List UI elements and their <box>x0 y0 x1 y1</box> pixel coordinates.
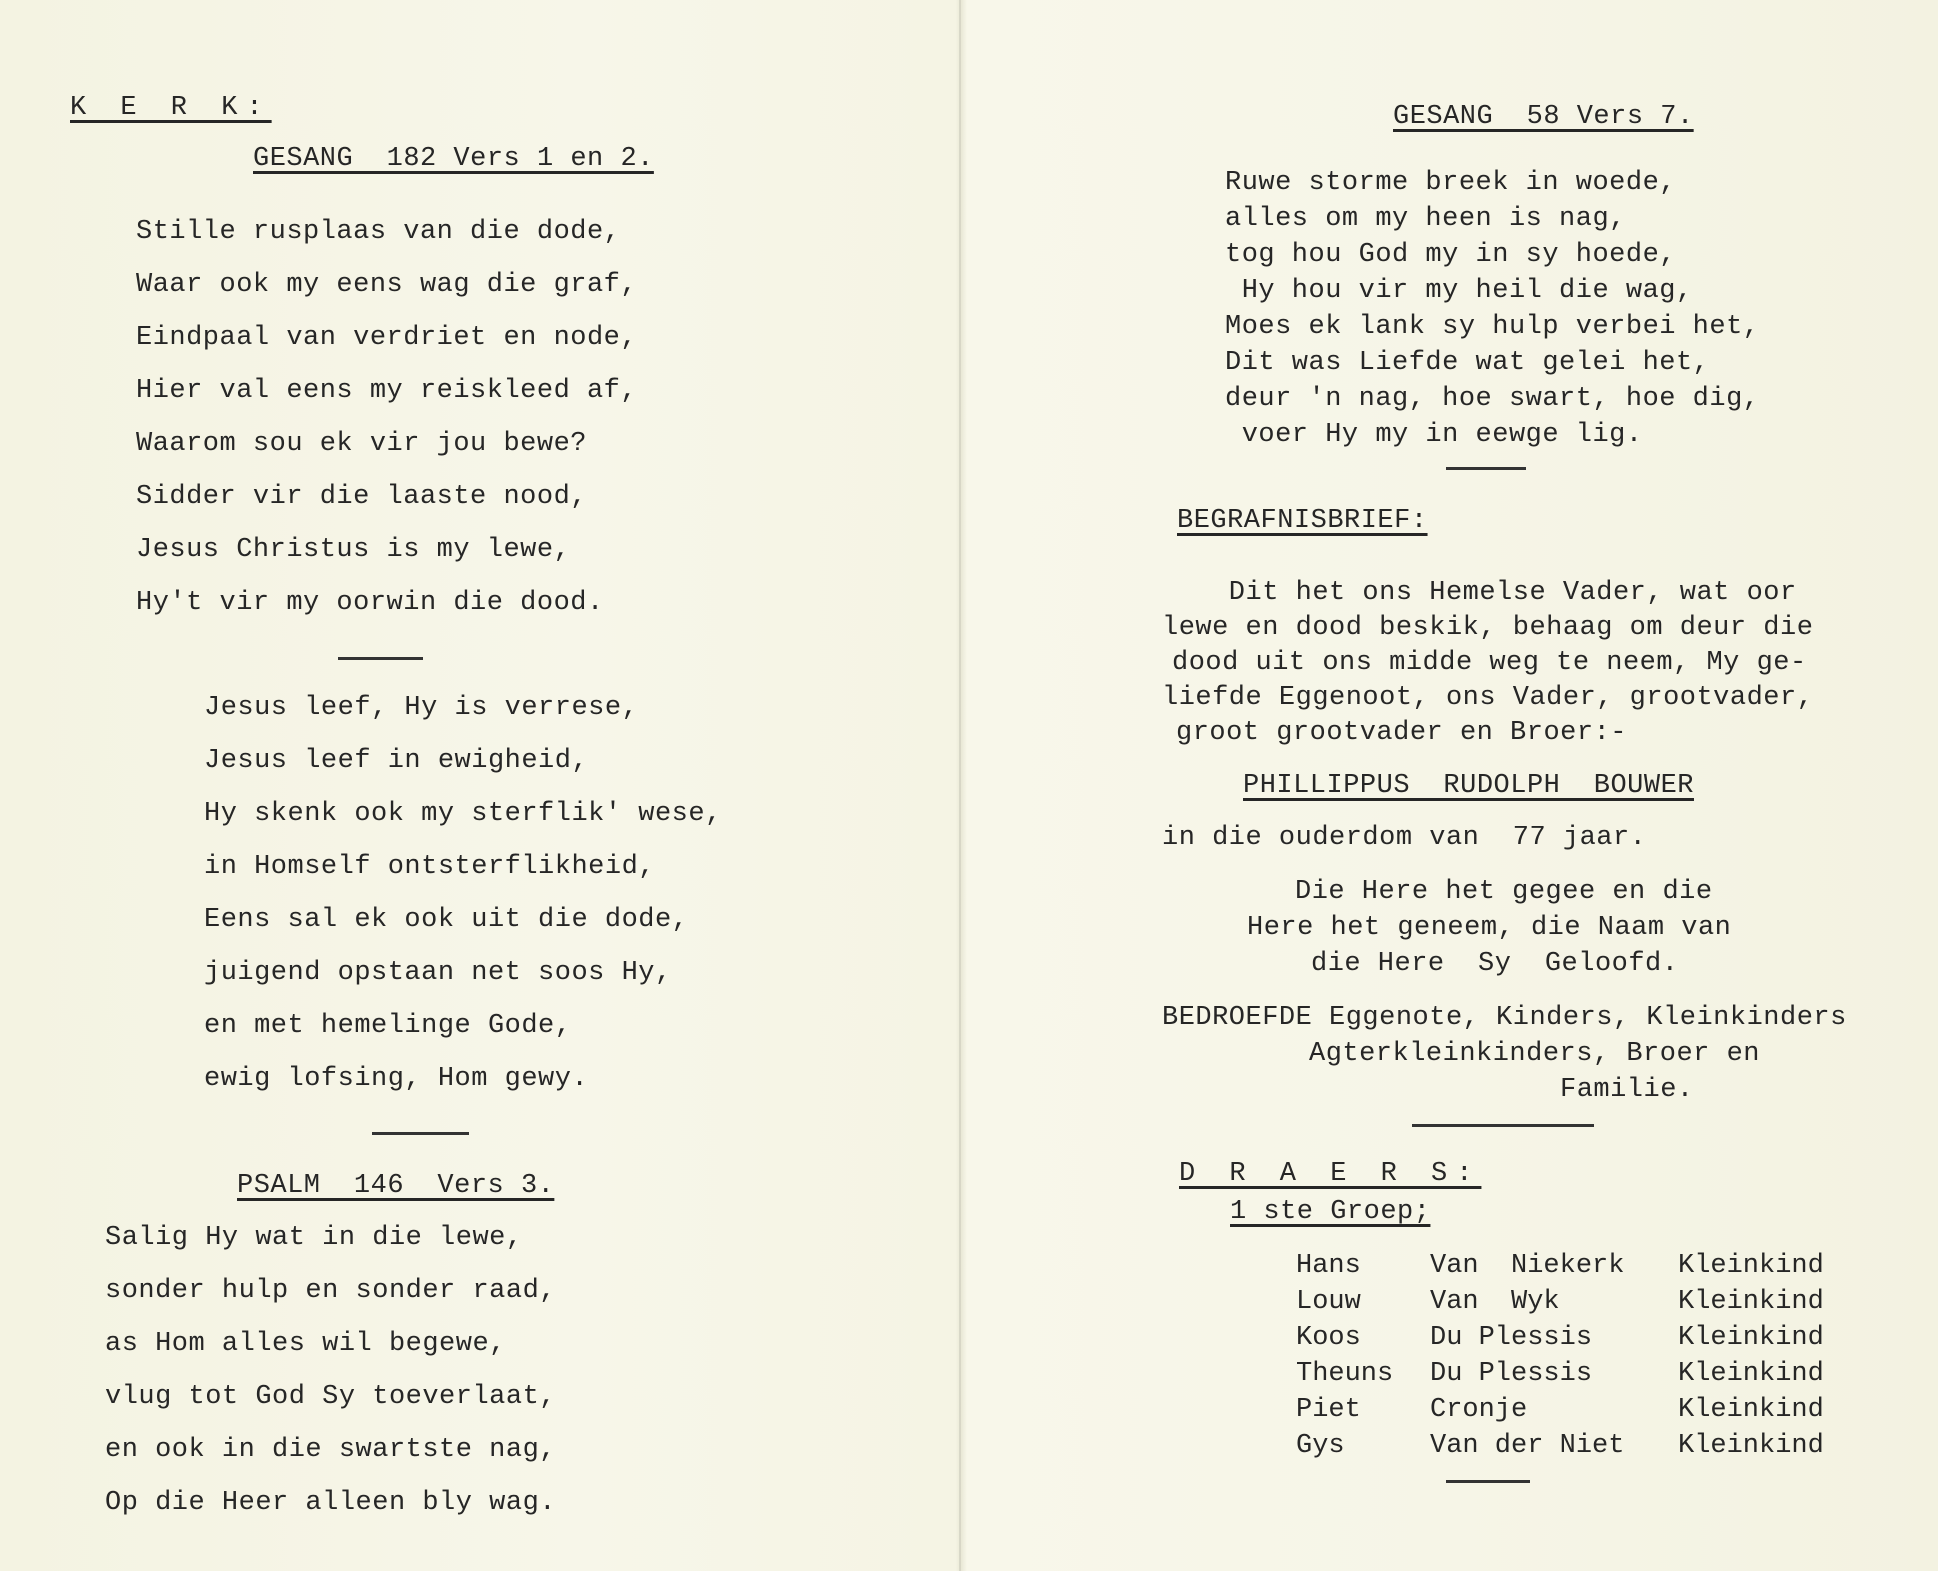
bearer-relation: Kleinkind <box>1678 1358 1824 1390</box>
letter-line: groot grootvader en Broer:- <box>1176 717 1627 749</box>
bearer-last-name: Du Plessis <box>1430 1358 1592 1390</box>
verse-line: Sidder vir die laaste nood, <box>136 481 587 513</box>
verse-line: Hy hou vir my heil die wag, <box>1225 275 1693 307</box>
verse-line: juigend opstaan net soos Hy, <box>204 957 672 989</box>
verse-line: Op die Heer alleen bly wag. <box>105 1487 556 1519</box>
verse-line: Die Here het gegee en die <box>1295 876 1713 908</box>
verse-line: deur 'n nag, hoe swart, hoe dig, <box>1225 383 1759 415</box>
verse-line: Waarom sou ek vir jou bewe? <box>136 428 587 460</box>
letter-line: Dit het ons Hemelse Vader, wat oor <box>1162 577 1797 609</box>
verse-line: en ook in die swartste nag, <box>105 1434 556 1466</box>
hymn1-title: GESANG 182 Vers 1 en 2. <box>253 143 654 175</box>
verse-line: Dit was Liefde wat gelei het, <box>1225 347 1709 379</box>
verse-line: Here het geneem, die Naam van <box>1247 912 1731 944</box>
age-line: in die ouderdom van 77 jaar. <box>1162 822 1646 854</box>
verse-line: Eindpaal van verdriet en node, <box>136 322 637 354</box>
verse-line: alles om my heen is nag, <box>1225 203 1626 235</box>
bearer-relation: Kleinkind <box>1678 1322 1824 1354</box>
deceased-name: PHILLIPPUS RUDOLPH BOUWER <box>1243 770 1694 802</box>
mourners-line: BEDROEFDE Eggenote, Kinders, Kleinkinder… <box>1162 1002 1847 1034</box>
divider <box>372 1132 469 1135</box>
bearer-relation: Kleinkind <box>1678 1286 1824 1318</box>
bearers-group: 1 ste Groep; <box>1230 1196 1430 1228</box>
verse-line: tog hou God my in sy hoede, <box>1225 239 1676 271</box>
section-label-kerk: K E R K: <box>70 92 272 124</box>
bearer-last-name: Du Plessis <box>1430 1322 1592 1354</box>
letter-line: lewe en dood beskik, behaag om deur die <box>1162 612 1813 644</box>
bearer-last-name: Van Niekerk <box>1430 1250 1624 1282</box>
psalm-title: PSALM 146 Vers 3. <box>237 1170 554 1202</box>
verse-line: ewig lofsing, Hom gewy. <box>204 1063 588 1095</box>
verse-line: as Hom alles wil begewe, <box>105 1328 506 1360</box>
verse-line: Hy skenk ook my sterflik' wese, <box>204 798 722 830</box>
letter-line: liefde Eggenoot, ons Vader, grootvader, <box>1162 682 1813 714</box>
hymn2-title: GESANG 58 Vers 7. <box>1393 101 1694 133</box>
verse-line: Hier val eens my reiskleed af, <box>136 375 637 407</box>
bearer-relation: Kleinkind <box>1678 1394 1824 1426</box>
verse-line: Eens sal ek ook uit die dode, <box>204 904 688 936</box>
verse-line: en met hemelinge Gode, <box>204 1010 571 1042</box>
verse-line: Ruwe storme breek in woede, <box>1225 167 1676 199</box>
verse-line: voer Hy my in eewge lig. <box>1225 419 1643 451</box>
verse-line: Hy't vir my oorwin die dood. <box>136 587 604 619</box>
bearer-first-name: Gys <box>1296 1430 1345 1462</box>
bearer-relation: Kleinkind <box>1678 1250 1824 1282</box>
verse-line: die Here Sy Geloofd. <box>1311 948 1678 980</box>
bearer-last-name: Van Wyk <box>1430 1286 1560 1318</box>
bearer-last-name: Cronje <box>1430 1394 1527 1426</box>
mourners-line: Agterkleinkinders, Broer en <box>1309 1038 1760 1070</box>
bearer-last-name: Van der Niet <box>1430 1430 1624 1462</box>
divider <box>1446 1480 1530 1483</box>
verse-line: sonder hulp en sonder raad, <box>105 1275 556 1307</box>
verse-line: Jesus leef, Hy is verrese, <box>204 692 638 724</box>
verse-line: Jesus leef in ewigheid, <box>204 745 588 777</box>
verse-line: Stille rusplaas van die dode, <box>136 216 620 248</box>
bearer-first-name: Koos <box>1296 1322 1361 1354</box>
letter-line: dood uit ons midde weg te neem, My ge- <box>1172 647 1807 679</box>
verse-line: vlug tot God Sy toeverlaat, <box>105 1381 556 1413</box>
verse-line: Salig Hy wat in die lewe, <box>105 1222 523 1254</box>
bearer-first-name: Theuns <box>1296 1358 1393 1390</box>
letter-title: BEGRAFNISBRIEF: <box>1177 505 1428 537</box>
mourners-line: Familie. <box>1560 1074 1694 1106</box>
verse-line: Waar ook my eens wag die graf, <box>136 269 637 301</box>
bearer-relation: Kleinkind <box>1678 1430 1824 1462</box>
divider <box>1412 1124 1594 1127</box>
verse-line: Moes ek lank sy hulp verbei het, <box>1225 311 1759 343</box>
bearer-first-name: Piet <box>1296 1394 1361 1426</box>
verse-line: Jesus Christus is my lewe, <box>136 534 570 566</box>
divider <box>338 657 423 660</box>
bearer-first-name: Hans <box>1296 1250 1361 1282</box>
divider <box>1446 467 1526 470</box>
paper-fold <box>959 0 961 1571</box>
bearers-title: D R A E R S: <box>1179 1158 1481 1190</box>
bearer-first-name: Louw <box>1296 1286 1361 1318</box>
verse-line: in Homself ontsterflikheid, <box>204 851 655 883</box>
